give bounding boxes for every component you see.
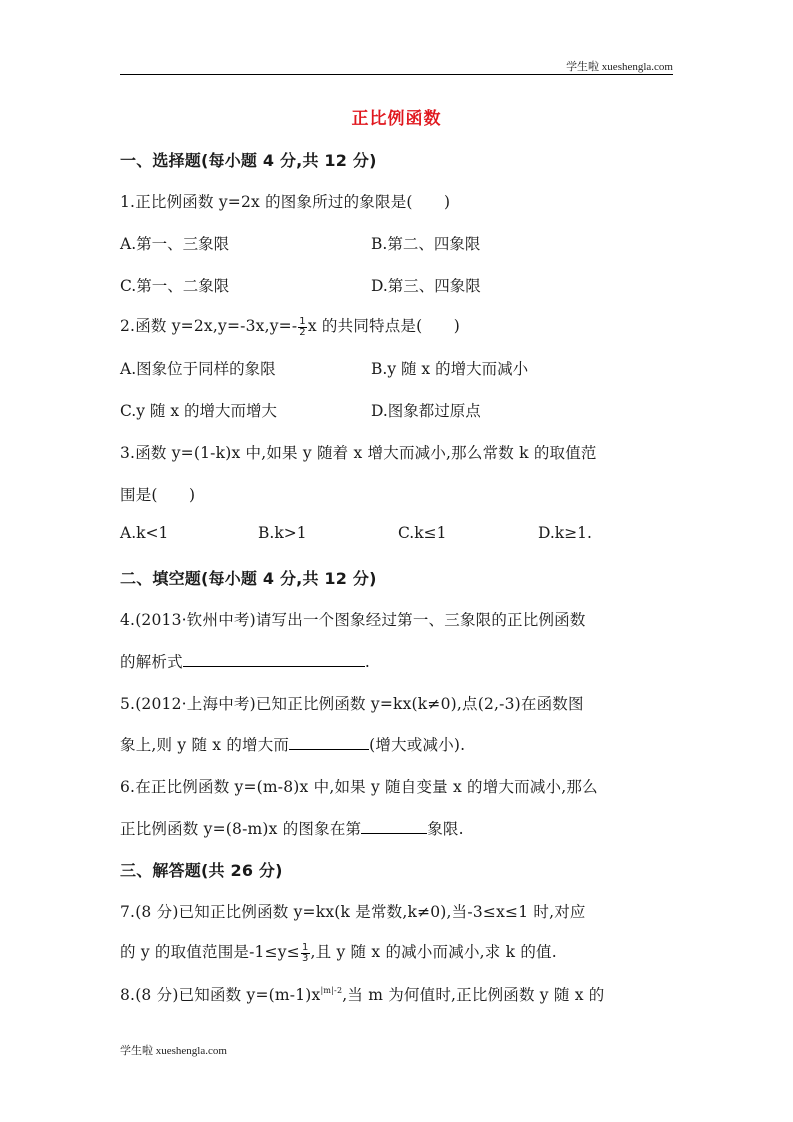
question-3-option-d: D.k≥1.	[538, 524, 592, 542]
question-4-line1: 4.(2013·钦州中考)请写出一个图象经过第一、三象限的正比例函数	[120, 608, 586, 630]
question-5-prefix: 象上,则 y 随 x 的增大而	[120, 736, 289, 754]
question-2-option-b: B.y 随 x 的增大而减小	[371, 357, 528, 379]
question-1-option-d: D.第三、四象限	[371, 274, 481, 296]
question-5-line1: 5.(2012·上海中考)已知正比例函数 y=kx(k≠0),点(2,-3)在函…	[120, 692, 584, 714]
question-8-suffix: ,当 m 为何值时,正比例函数 y 随 x 的	[342, 986, 604, 1004]
question-4-suffix: .	[365, 653, 370, 671]
page-footer: 学生啦 xueshengla.com	[120, 1042, 227, 1058]
section-heading-answer: 三、解答题(共 26 分)	[120, 858, 283, 881]
section-heading-fill-blank: 二、填空题(每小题 4 分,共 12 分)	[120, 566, 377, 589]
question-1-stem: 1.正比例函数 y=2x 的图象所过的象限是( )	[120, 190, 450, 212]
fraction-numerator: 1	[301, 943, 310, 954]
question-8-exponent: |m|-2	[320, 986, 342, 995]
question-8-line1: 8.(8 分)已知函数 y=(m-1)x|m|-2,当 m 为何值时,正比例函数…	[120, 983, 604, 1005]
document-title: 正比例函数	[0, 104, 793, 129]
fraction-numerator: 1	[298, 317, 307, 328]
question-3-option-a: A.k<1	[120, 524, 168, 542]
question-5-suffix: (增大或减小).	[369, 736, 465, 754]
question-6-line1: 6.在正比例函数 y=(m-8)x 中,如果 y 随自变量 x 的增大而减小,那…	[120, 775, 598, 797]
question-2-option-d: D.图象都过原点	[371, 399, 481, 421]
question-5-answer-blank[interactable]	[289, 735, 369, 750]
question-3-stem-line2: 围是( )	[120, 483, 195, 505]
question-1-option-a: A.第一、三象限	[120, 232, 229, 254]
question-2-option-a: A.图象位于同样的象限	[120, 357, 276, 379]
question-4-prefix: 的解析式	[120, 653, 183, 671]
question-4-answer-blank[interactable]	[183, 652, 365, 667]
question-4-line2: 的解析式.	[120, 650, 370, 672]
question-6-prefix: 正比例函数 y=(8-m)x 的图象在第	[120, 820, 361, 838]
section-heading-choice: 一、选择题(每小题 4 分,共 12 分)	[120, 148, 377, 171]
question-7-prefix: 的 y 的取值范围是-1≤y≤	[120, 943, 300, 961]
question-1-option-c: C.第一、二象限	[120, 274, 229, 296]
question-6-answer-blank[interactable]	[361, 819, 427, 834]
question-7-line1: 7.(8 分)已知正比例函数 y=kx(k 是常数,k≠0),当-3≤x≤1 时…	[120, 900, 586, 922]
question-3-option-b: B.k>1	[258, 524, 307, 542]
question-3-option-c: C.k≤1	[398, 524, 446, 542]
question-7-line2: 的 y 的取值范围是-1≤y≤13,且 y 随 x 的减小而减小,求 k 的值.	[120, 940, 557, 964]
fraction-one-half: 12	[298, 317, 307, 338]
fraction-denominator: 3	[301, 954, 310, 964]
question-6-suffix: 象限.	[427, 820, 464, 838]
question-2-stem-post: x 的共同特点是( )	[308, 317, 460, 335]
header-site-label: 学生啦 xueshengla.com	[566, 58, 673, 74]
question-3-stem-line1: 3.函数 y=(1-k)x 中,如果 y 随着 x 增大而减小,那么常数 k 的…	[120, 441, 597, 463]
question-2-stem: 2.函数 y=2x,y=-3x,y=-12x 的共同特点是( )	[120, 314, 460, 338]
fraction-denominator: 2	[298, 328, 307, 338]
question-6-line2: 正比例函数 y=(8-m)x 的图象在第象限.	[120, 817, 464, 839]
question-1-option-b: B.第二、四象限	[371, 232, 480, 254]
question-2-option-c: C.y 随 x 的增大而增大	[120, 399, 277, 421]
fraction-one-third: 13	[301, 943, 310, 964]
question-5-line2: 象上,则 y 随 x 的增大而(增大或减小).	[120, 733, 465, 755]
question-8-prefix: 8.(8 分)已知函数 y=(m-1)x	[120, 986, 320, 1004]
question-7-suffix: ,且 y 随 x 的减小而减小,求 k 的值.	[311, 943, 557, 961]
page-header: 学生啦 xueshengla.com	[120, 56, 673, 75]
question-2-stem-pre: 2.函数 y=2x,y=-3x,y=-	[120, 317, 297, 335]
